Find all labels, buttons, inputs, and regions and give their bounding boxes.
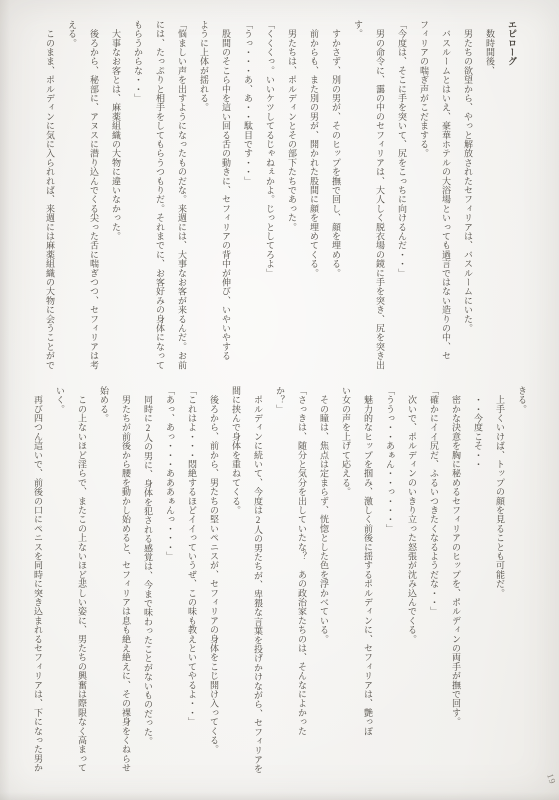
text-column: その瞳は、焦点は定まらず、恍惚とした色を浮かべている。 (313, 386, 335, 792)
chapter-heading: エピローグ (501, 20, 523, 372)
text-column: 後ろから、前から、男たちの堅いペニスが、セフィリアの身体をこじ開け入ってくる。 (203, 386, 225, 792)
text-column: ポルディンに続いて、今度は2人の男たちが、卑猥な言葉を投げかけながら、セフィリア… (247, 386, 269, 792)
text-column: いく。 (49, 386, 71, 792)
text-column: 「悩ましい声を出すようになったものだな。来週には、大事なお客が来るんだ。お前 (171, 20, 193, 372)
text-column: ように上体が揺れる。 (193, 20, 215, 372)
text-column: 密かな決意を胸に秘めるセフィリアのヒップを、ポルディンの両手が撫で回す。 (445, 386, 467, 792)
text-column: すかさず、別の男が、そのヒップを撫で回し、顔を埋める。 (325, 20, 347, 372)
text-column: 男たちは、ポルディンとその部下たちであった。 (281, 20, 303, 372)
text-column: 「あっ、あっ・・・あああぁんっ・・・」 (159, 386, 181, 792)
text-column: す。 (347, 20, 369, 372)
text-column: バスルームとはいえ、豪華ホテルの大浴場といっても過言ではない造りの中、セ (435, 20, 457, 372)
text-column: には、たっぷりと相手をしてもらうつもりだ。それまでに、お客好みの身体になって (149, 20, 171, 372)
text-column: 「確かにイイ尻だ、ふるいつきたくなるようだな・・」 (423, 386, 445, 792)
text-column: 同時に2人の男に、身体を犯される感覚は、今まで味わったことがないものだった。 (137, 386, 159, 792)
text-column: 次いで、ポルディンのいきり立った怒張が沈み込んでくる。 (401, 386, 423, 792)
text-column: 股間のそこら中を這い回る舌の動きに、セフィリアの背中が伸び、いやいやする (215, 20, 237, 372)
text-column: 魅力的なヒップを掴み、激しく前後に揺するポルディンに、セフィリアは、艶っぽ (357, 386, 379, 792)
scanned-page: エピローグ 数時間後、 男たちの欲望から、やっと解放されたセフィリアは、バスルー… (0, 0, 559, 800)
text-column: ・・今度こそ・・ (467, 386, 489, 792)
text-column: 前からも、また別の男が、開かれた股間に顔を埋めてくる。 (303, 20, 325, 372)
text-column: 再び四つん這いで、前後の口にペニスを同時に突き込まれるセフィリアは、下になった男… (27, 386, 49, 792)
text-column: このまま、ポルディンに気に入られれば、来週には麻薬組織の大物に会うことがで (39, 20, 61, 372)
text-column: フィリアの喘ぎ声がこだまする。 (413, 20, 435, 372)
text-column: 大事なお客とは、麻薬組織の大物に違いなかった。 (105, 20, 127, 372)
text-column: もらうからな・・」 (127, 20, 149, 372)
text-column: 後ろから、秘部に、アヌスに潜り込んでくる尖った舌に喘ぎつつ、セフィリアは考 (83, 20, 105, 372)
upper-text-block: エピローグ 数時間後、 男たちの欲望から、やっと解放されたセフィリアは、バスルー… (37, 20, 523, 372)
lower-text-block: きる。 上手くいけば、トップの顔を見ることも可能だ。 ・・今度こそ・・ 密かな決… (25, 386, 533, 792)
page-number: 19 (545, 772, 558, 786)
text-column: 「これはよ・・・悶絶するほどイイっていうぜ、この味も教えといてやるよ・・」 (181, 386, 203, 792)
text-column: 男たちの欲望から、やっと解放されたセフィリアは、バスルームにいた。 (457, 20, 479, 372)
text-column: 上手くいけば、トップの顔を見ることも可能だ。 (489, 386, 511, 792)
text-column: 男の命令に、靄の中のセフィリアは、大人しく脱衣場の鏡に手を突き、尻を突き出 (369, 20, 391, 372)
text-column: 「ううっ・・あぁん・・っ・・・」 (379, 386, 401, 792)
text-column: 「今度は、そこに手を突いて、尻をこっちに向けるんだ・・」 (391, 20, 413, 372)
text-column: この上ないほど淫らで、またこの上ないほど悲しい姿に、男たちの興奮は際限なく高まっ… (71, 386, 93, 792)
page-edge-shading-bottom (0, 792, 559, 800)
text-column: きる。 (511, 386, 533, 792)
text-column: い女の声を上げて応える。 (335, 386, 357, 792)
text-column: える。 (61, 20, 83, 372)
text-column: 「さっきは、随分と気分を出していたな？ あの政治家たちのは、そんなによかった (291, 386, 313, 792)
text-column: 「くくくっ。いいケツしてるじゃねぇかよ。じっとしてろよ」 (259, 20, 281, 372)
text-column: 始める。 (93, 386, 115, 792)
page-edge-shading (0, 0, 10, 800)
text-column: 男たちが前後から腰を動かし始めると、セフィリアは息も絶え絶えに、その裸身をくねら… (115, 386, 137, 792)
text-column: 間に挟んで身体を重ねてくる。 (225, 386, 247, 792)
text-column: 「うっ・・・あ、あ・・駄目です・・」 (237, 20, 259, 372)
text-column: か？」 (269, 386, 291, 792)
text-column: 数時間後、 (479, 20, 501, 372)
